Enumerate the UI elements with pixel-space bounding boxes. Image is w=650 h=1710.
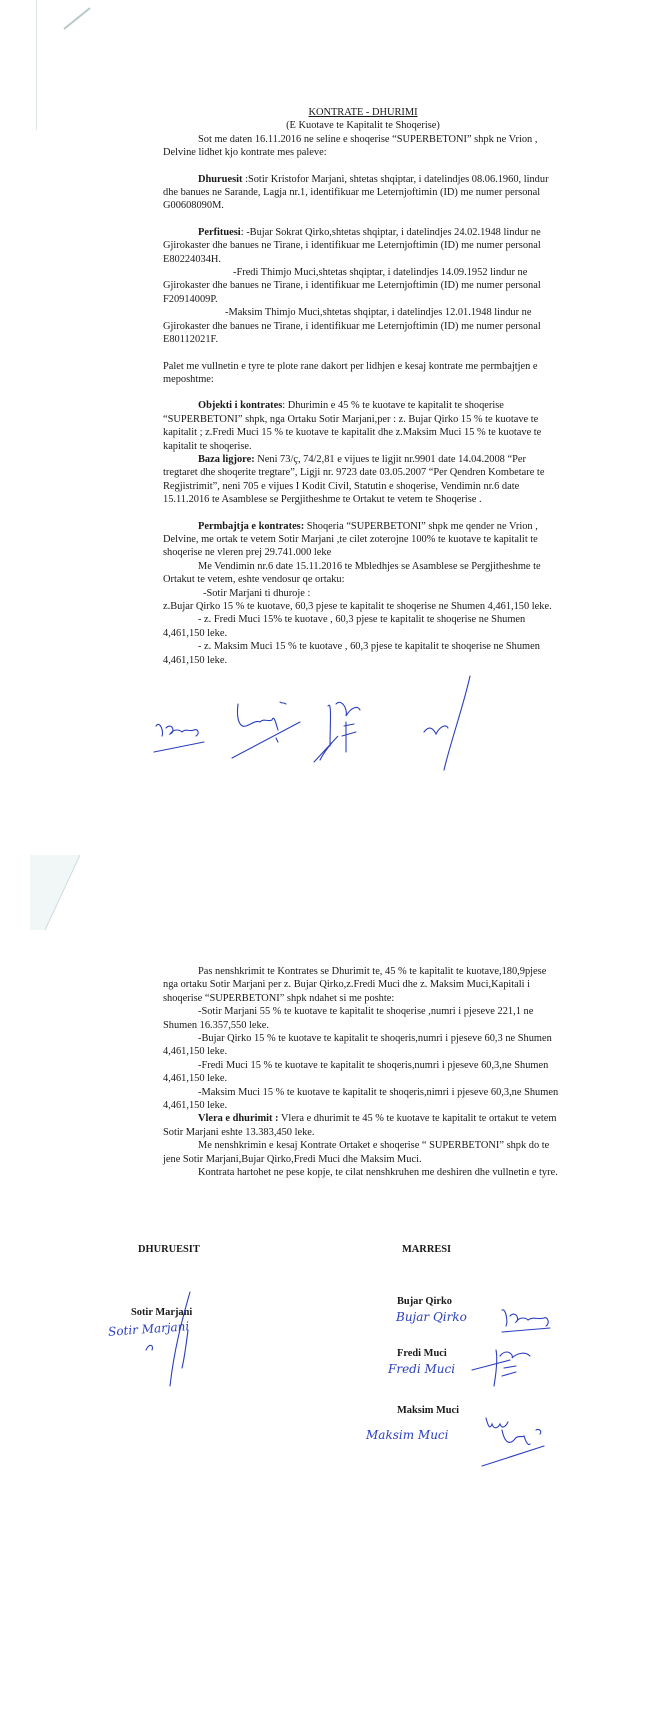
- beneficiary-3: -Maksim Thimjo Muci,shtetas shqiptar, i …: [163, 306, 563, 346]
- contract-page-1: KONTRATE - DHURIMI (E Kuotave te Kapital…: [163, 106, 563, 667]
- receiver-3-name: Maksim Muci: [397, 1405, 459, 1416]
- receiver-1-name: Bujar Qirko: [397, 1296, 452, 1307]
- copies-paragraph: Kontrata hartohet ne pese kopje, te cila…: [163, 1166, 563, 1179]
- document-subtitle: (E Kuotave te Kapitalit te Shoqerise): [163, 119, 563, 132]
- donor-paragraph: Dhuruesit :Sotir Kristofor Marjani, shte…: [163, 173, 563, 213]
- signature-sotir-marjani-p1: [420, 674, 480, 779]
- signature-fredi-muci-p1: [230, 700, 310, 767]
- donation-3: - z. Maksim Muci 15 % te kuotave , 60,3 …: [163, 640, 563, 667]
- content-label: Permbajtja e kontrates:: [198, 521, 304, 532]
- beneficiary-1: Perfituesi: -Bujar Sokrat Qirko,shtetas …: [163, 226, 563, 266]
- content-paragraph: Permbajtja e kontrates: Shoqeria “SUPERB…: [163, 520, 563, 560]
- donation-1: z.Bujar Qirko 15 % te kuotave, 60,3 pjes…: [163, 600, 563, 613]
- scan-mark-top: [62, 5, 94, 36]
- donor-label: Dhuruesit: [198, 174, 242, 185]
- receiver-2-signature: [470, 1340, 540, 1395]
- object-paragraph: Objekti i kontrates: Dhurimin e 45 % te …: [163, 399, 563, 453]
- signature-maksim-muci-p1: [308, 696, 378, 771]
- signature-bujar-qirko-p1: [152, 718, 212, 759]
- page-fold-mark: [30, 855, 82, 935]
- distribution-4: -Maksim Muci 15 % te kuotave te kapitali…: [163, 1086, 563, 1113]
- beneficiaries-label: Perfituesi: [198, 227, 241, 238]
- distribution-2: -Bujar Qirko 15 % te kuotave te kapitali…: [163, 1032, 563, 1059]
- receiver-3-handwritten-name: Maksim Muci: [366, 1428, 448, 1442]
- donor-signature: [140, 1290, 200, 1395]
- distribution-3: -Fredi Muci 15 % te kuotave te kapitalit…: [163, 1059, 563, 1086]
- scan-edge-left: [36, 0, 37, 130]
- decision-paragraph: Me Vendimin nr.6 date 15.11.2016 te Mble…: [163, 560, 563, 587]
- receiver-2-name: Fredi Muci: [397, 1348, 447, 1359]
- object-label: Objekti i kontrates: [198, 400, 282, 411]
- receiver-heading: MARRESI: [402, 1244, 451, 1255]
- contract-page-2: Pas nenshkrimit te Kontrates se Dhurimit…: [163, 965, 563, 1180]
- agreement-paragraph: Palet me vullnetin e tyre te plote rane …: [163, 360, 563, 387]
- distribution-1: -Sotir Marjani 55 % te kuotave te kapita…: [163, 1005, 563, 1032]
- donation-value-paragraph: Vlera e dhurimit : Vlera e dhurimit te 4…: [163, 1112, 563, 1139]
- after-signing-paragraph: Pas nenshkrimit te Kontrates se Dhurimit…: [163, 965, 563, 1005]
- legal-basis-paragraph: Baza ligjore: Neni 73/ç, 74/2,81 e vijue…: [163, 453, 563, 507]
- donation-2: - z. Fredi Muci 15% te kuotave , 60,3 pj…: [163, 613, 563, 640]
- receiver-2-handwritten-name: Fredi Muci: [388, 1362, 455, 1376]
- intro-paragraph: Sot me daten 16.11.2016 ne seline e shoq…: [163, 133, 563, 160]
- document-title: KONTRATE - DHURIMI: [163, 106, 563, 119]
- receiver-1-handwritten-name: Bujar Qirko: [396, 1310, 467, 1324]
- legal-basis-label: Baza ligjore:: [198, 454, 255, 465]
- receiver-3-signature: [480, 1416, 560, 1481]
- donor-heading: DHURUESIT: [138, 1244, 200, 1255]
- new-partners-paragraph: Me nenshkrimin e kesaj Kontrate Ortaket …: [163, 1139, 563, 1166]
- beneficiary-2: -Fredi Thimjo Muci,shtetas shqiptar, i d…: [163, 266, 563, 306]
- receiver-1-signature: [498, 1306, 558, 1341]
- donates-intro: -Sotir Marjani ti dhuroje :: [163, 587, 563, 600]
- donation-value-label: Vlera e dhurimit :: [198, 1113, 279, 1124]
